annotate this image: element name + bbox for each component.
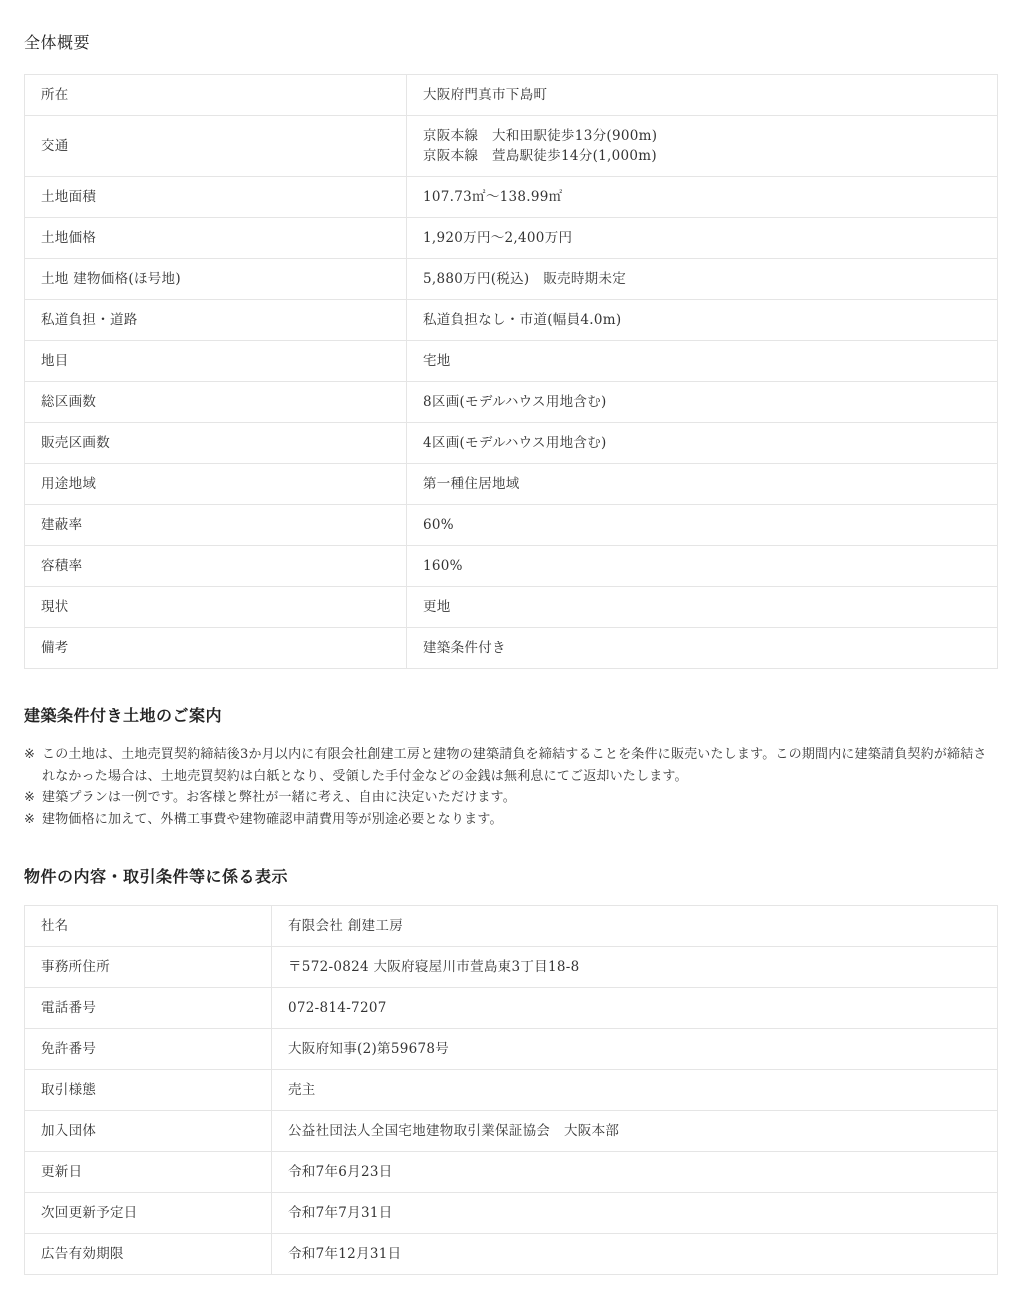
row-value: 売主 [272, 1070, 998, 1111]
row-value: 大阪府知事(2)第59678号 [272, 1029, 998, 1070]
table-row: 電話番号 072-814-7207 [25, 988, 998, 1029]
row-value: 令和7年7月31日 [272, 1193, 998, 1234]
note-item: ※ この土地は、土地売買契約締結後3か月以内に有限会社創建工房と建物の建築請負を… [24, 744, 998, 787]
table-row: 地目 宅地 [25, 341, 998, 382]
table-row: 次回更新予定日 令和7年7月31日 [25, 1193, 998, 1234]
row-value: 大阪府門真市下島町 [407, 75, 998, 116]
table-row: 所在 大阪府門真市下島町 [25, 75, 998, 116]
note-marker: ※ [24, 744, 42, 766]
row-value: 60% [407, 505, 998, 546]
table-row: 土地価格 1,920万円〜2,400万円 [25, 218, 998, 259]
row-label: 用途地域 [25, 464, 407, 505]
row-label: 交通 [25, 116, 407, 177]
note-text: 建物価格に加えて、外構工事費や建物確認申請費用等が別途必要となります。 [42, 809, 998, 831]
row-value: 8区画(モデルハウス用地含む) [407, 382, 998, 423]
table-row: 事務所住所 〒572-0824 大阪府寝屋川市萱島東3丁目18-8 [25, 947, 998, 988]
note-item: ※ 建築プランは一例です。お客様と弊社が一緒に考え、自由に決定いただけます。 [24, 787, 998, 809]
table-row: 広告有効期限 令和7年12月31日 [25, 1234, 998, 1275]
row-label: 電話番号 [25, 988, 272, 1029]
row-value: 宅地 [407, 341, 998, 382]
table-row: 販売区画数 4区画(モデルハウス用地含む) [25, 423, 998, 464]
table-row: 総区画数 8区画(モデルハウス用地含む) [25, 382, 998, 423]
row-label: 総区画数 [25, 382, 407, 423]
row-value: 更地 [407, 587, 998, 628]
transit-line-2: 京阪本線 萱島駅徒歩14分(1,000m) [423, 146, 981, 166]
table-row: 免許番号 大阪府知事(2)第59678号 [25, 1029, 998, 1070]
row-value: 107.73㎡〜138.99㎡ [407, 177, 998, 218]
row-label: 土地 建物価格(ほ号地) [25, 259, 407, 300]
row-value: 令和7年12月31日 [272, 1234, 998, 1275]
table-row: 建蔽率 60% [25, 505, 998, 546]
row-label: 現状 [25, 587, 407, 628]
table-row: 土地 建物価格(ほ号地) 5,880万円(税込) 販売時期未定 [25, 259, 998, 300]
table-row: 加入団体 公益社団法人全国宅地建物取引業保証協会 大阪本部 [25, 1111, 998, 1152]
table-row: 交通 京阪本線 大和田駅徒歩13分(900m) 京阪本線 萱島駅徒歩14分(1,… [25, 116, 998, 177]
table-row: 備考 建築条件付き [25, 628, 998, 669]
row-value: 1,920万円〜2,400万円 [407, 218, 998, 259]
row-value: 建築条件付き [407, 628, 998, 669]
row-value: 令和7年6月23日 [272, 1152, 998, 1193]
page-title: 全体概要 [24, 30, 998, 53]
row-label: 土地価格 [25, 218, 407, 259]
row-label: 加入団体 [25, 1111, 272, 1152]
row-label: 更新日 [25, 1152, 272, 1193]
overview-table: 所在 大阪府門真市下島町 交通 京阪本線 大和田駅徒歩13分(900m) 京阪本… [24, 74, 998, 669]
row-label: 容積率 [25, 546, 407, 587]
table-row: 取引様態 売主 [25, 1070, 998, 1111]
row-value: 5,880万円(税込) 販売時期未定 [407, 259, 998, 300]
table-row: 更新日 令和7年6月23日 [25, 1152, 998, 1193]
table-row: 社名 有限会社 創建工房 [25, 906, 998, 947]
disclosure-section-title: 物件の内容・取引条件等に係る表示 [24, 864, 998, 887]
disclosure-table: 社名 有限会社 創建工房 事務所住所 〒572-0824 大阪府寝屋川市萱島東3… [24, 905, 998, 1275]
notice-section-title: 建築条件付き土地のご案内 [24, 703, 998, 726]
note-marker: ※ [24, 809, 42, 831]
row-value: 072-814-7207 [272, 988, 998, 1029]
note-text: この土地は、土地売買契約締結後3か月以内に有限会社創建工房と建物の建築請負を締結… [42, 744, 998, 787]
row-label: 地目 [25, 341, 407, 382]
row-value: 第一種住居地域 [407, 464, 998, 505]
table-row: 用途地域 第一種住居地域 [25, 464, 998, 505]
table-row: 土地面積 107.73㎡〜138.99㎡ [25, 177, 998, 218]
table-row: 私道負担・道路 私道負担なし・市道(幅員4.0m) [25, 300, 998, 341]
row-label: 次回更新予定日 [25, 1193, 272, 1234]
row-label: 販売区画数 [25, 423, 407, 464]
transit-line-1: 京阪本線 大和田駅徒歩13分(900m) [423, 126, 981, 146]
row-label: 土地面積 [25, 177, 407, 218]
note-item: ※ 建物価格に加えて、外構工事費や建物確認申請費用等が別途必要となります。 [24, 809, 998, 831]
row-value: 160% [407, 546, 998, 587]
row-value: 公益社団法人全国宅地建物取引業保証協会 大阪本部 [272, 1111, 998, 1152]
row-value: 私道負担なし・市道(幅員4.0m) [407, 300, 998, 341]
row-label: 備考 [25, 628, 407, 669]
row-label: 事務所住所 [25, 947, 272, 988]
row-value: 京阪本線 大和田駅徒歩13分(900m) 京阪本線 萱島駅徒歩14分(1,000… [407, 116, 998, 177]
row-label: 免許番号 [25, 1029, 272, 1070]
row-label: 所在 [25, 75, 407, 116]
notice-notes: ※ この土地は、土地売買契約締結後3か月以内に有限会社創建工房と建物の建築請負を… [24, 744, 998, 830]
row-label: 取引様態 [25, 1070, 272, 1111]
note-marker: ※ [24, 787, 42, 809]
row-label: 私道負担・道路 [25, 300, 407, 341]
note-text: 建築プランは一例です。お客様と弊社が一緒に考え、自由に決定いただけます。 [42, 787, 998, 809]
row-label: 社名 [25, 906, 272, 947]
row-value: 有限会社 創建工房 [272, 906, 998, 947]
row-label: 広告有効期限 [25, 1234, 272, 1275]
row-value: 〒572-0824 大阪府寝屋川市萱島東3丁目18-8 [272, 947, 998, 988]
property-listing-page: 全体概要 所在 大阪府門真市下島町 交通 京阪本線 大和田駅徒歩13分(900m… [0, 0, 1024, 1299]
table-row: 容積率 160% [25, 546, 998, 587]
table-row: 現状 更地 [25, 587, 998, 628]
row-label: 建蔽率 [25, 505, 407, 546]
row-value: 4区画(モデルハウス用地含む) [407, 423, 998, 464]
